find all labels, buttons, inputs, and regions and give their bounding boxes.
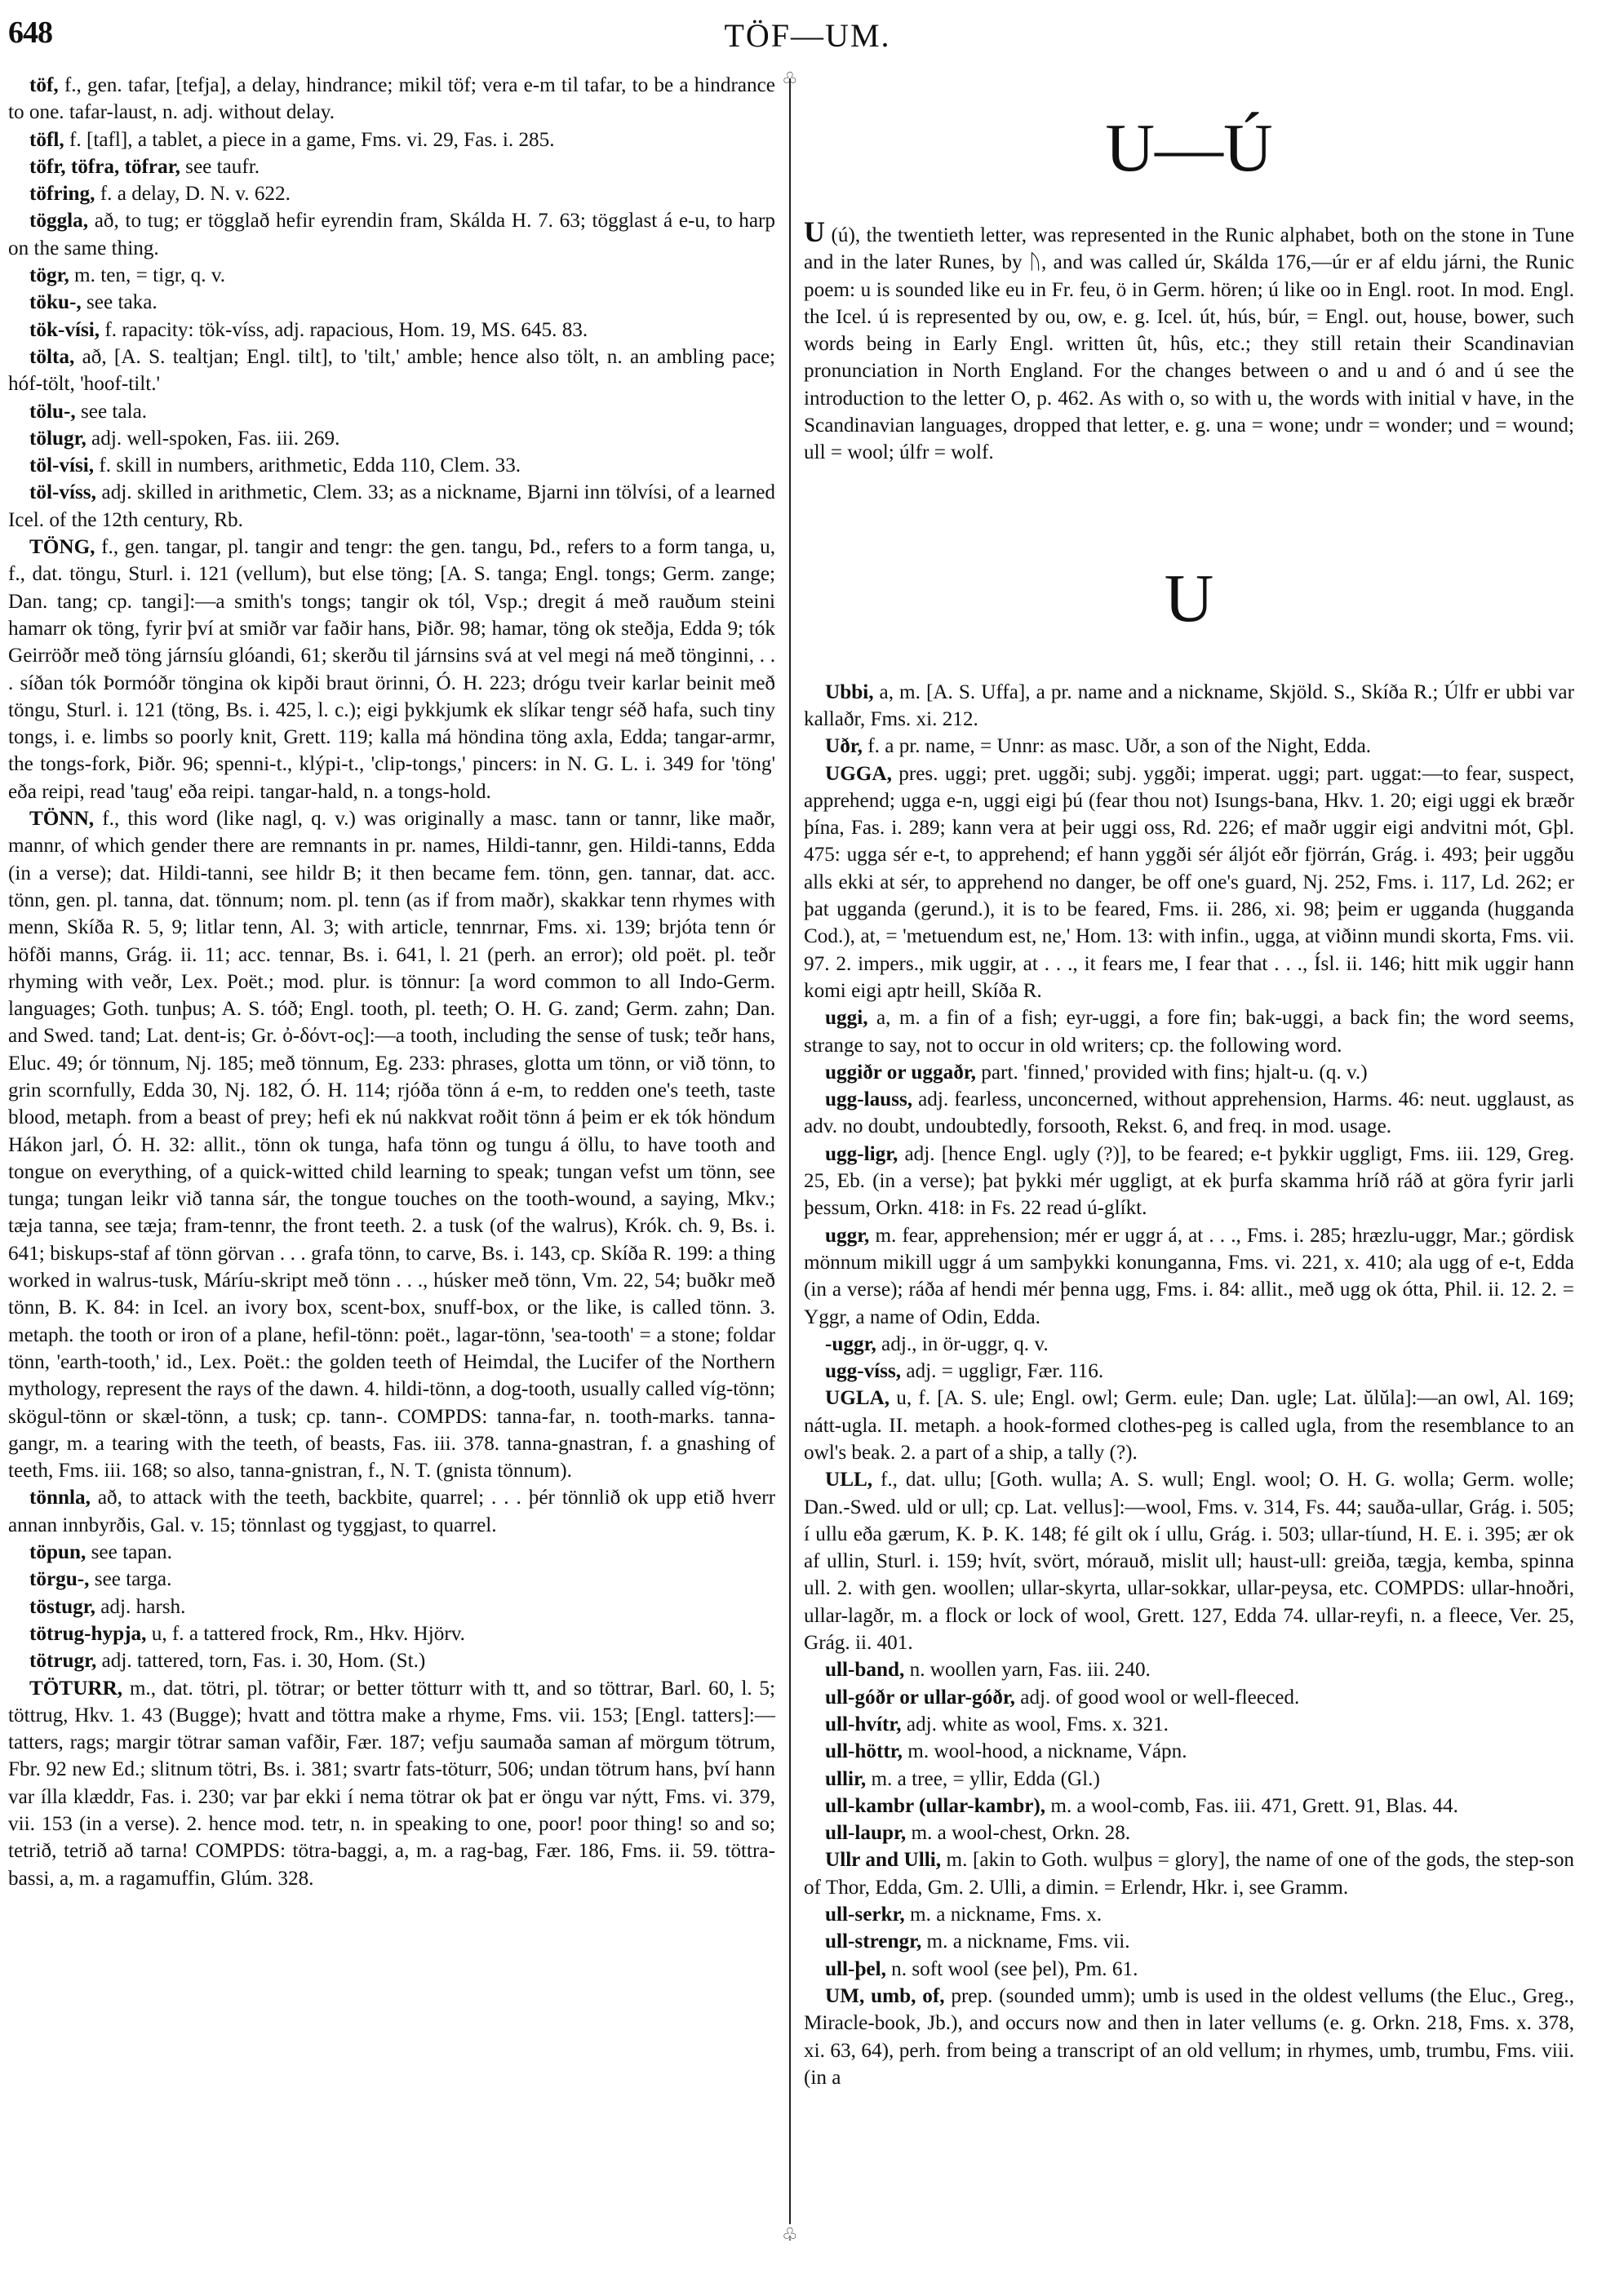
dictionary-entry: tölta, að, [A. S. tealtjan; Engl. tilt],…: [8, 344, 775, 398]
right-entries: Ubbi, a, m. [A. S. Uffa], a pr. name and…: [804, 679, 1574, 2091]
headword: tötrugr,: [29, 1650, 96, 1672]
entry-text: að, to attack with the teeth, backbite, …: [8, 1487, 775, 1536]
dictionary-entry: ull-strengr, m. a nickname, Fms. vii.: [804, 1928, 1574, 1955]
entry-text: adj. white as wool, Fms. x. 321.: [902, 1713, 1169, 1735]
headword: ull-höttr,: [825, 1740, 903, 1762]
dictionary-entry: töl-vísi, f. skill in numbers, arithmeti…: [8, 452, 775, 479]
dictionary-entry: uggiðr or uggaðr, part. 'finned,' provid…: [804, 1059, 1574, 1086]
dictionary-entry: ull-kambr (ullar-kambr), m. a wool-comb,…: [804, 1793, 1574, 1820]
headword: -uggr,: [825, 1333, 876, 1355]
entry-text: n. soft wool (see þel), Pm. 61.: [886, 1958, 1138, 1980]
dictionary-entry: uggi, a, m. a fin of a fish; eyr-uggi, a…: [804, 1004, 1574, 1059]
headword: ull-þel,: [825, 1958, 886, 1980]
headword: ull-serkr,: [825, 1904, 905, 1926]
ornament-bottom-icon: ♧: [782, 2224, 798, 2245]
entry-text: m. a wool-comb, Fas. iii. 471, Grett. 91…: [1045, 1795, 1458, 1817]
entry-text: adj. of good wool or well-fleeced.: [1015, 1687, 1299, 1709]
dictionary-entry: ullir, m. a tree, = yllir, Edda (Gl.): [804, 1766, 1574, 1793]
entry-text: m. ten, = tigr, q. v.: [69, 264, 225, 286]
dictionary-entry: ull-góðr or ullar-góðr, adj. of good woo…: [804, 1684, 1574, 1711]
headword: tölu-,: [29, 401, 76, 423]
dictionary-entry: töfr, töfra, töfrar, see taufr.: [8, 153, 775, 180]
column-divider: [789, 78, 791, 2224]
dictionary-entry: TÖNN, f., this word (like nagl, q. v.) w…: [8, 805, 775, 1484]
headword: töl-víss,: [29, 481, 96, 503]
headword: töl-vísi,: [29, 454, 94, 476]
headword: ugg-ligr,: [825, 1143, 898, 1165]
intro-text: (ú), the twentieth letter, was represent…: [804, 224, 1574, 463]
running-head: TÖF—UM.: [0, 16, 1615, 55]
entry-text: adj. well-spoken, Fas. iii. 269.: [87, 428, 340, 450]
headword: töf,: [29, 74, 59, 96]
dictionary-entry: ull-þel, n. soft wool (see þel), Pm. 61.: [804, 1956, 1574, 1983]
headword: ull-band,: [825, 1659, 904, 1681]
dictionary-entry: töstugr, adj. harsh.: [8, 1593, 775, 1620]
dictionary-entry: töfl, f. [tafl], a tablet, a piece in a …: [8, 126, 775, 153]
headword: Ubbi,: [825, 681, 874, 703]
entry-text: pres. uggi; pret. uggði; subj. yggði; im…: [804, 763, 1574, 1002]
headword: ugg-lauss,: [825, 1088, 912, 1110]
entry-text: m. a nickname, Fms. x.: [905, 1904, 1102, 1926]
entry-text: að, [A. S. tealtjan; Engl. tilt], to 'ti…: [8, 346, 775, 395]
entry-text: m. a nickname, Fms. vii.: [921, 1930, 1129, 1952]
headword: tönnla,: [29, 1487, 91, 1509]
headword: UGGA,: [825, 763, 892, 785]
headword: UM, umb, of,: [825, 1985, 945, 2007]
headword: töggla,: [29, 210, 88, 232]
headword: ull-strengr,: [825, 1930, 921, 1952]
subsection-title: U: [804, 565, 1574, 633]
dictionary-entry: uggr, m. fear, apprehension; mér er uggr…: [804, 1222, 1574, 1331]
headword: töfr, töfra, töfrar,: [29, 156, 180, 178]
letter-intro: U (ú), the twentieth letter, was represe…: [804, 219, 1574, 467]
headword: uggi,: [825, 1007, 868, 1029]
headword: tölta,: [29, 346, 74, 368]
entry-text: að, to tug; er tögglað hefir eyrendin fr…: [8, 210, 775, 259]
entry-text: see tala.: [76, 401, 147, 423]
dictionary-entry: tönnla, að, to attack with the teeth, ba…: [8, 1484, 775, 1539]
entry-text: m. a tree, = yllir, Edda (Gl.): [866, 1768, 1100, 1790]
dictionary-entry: ugg-víss, adj. = uggligr, Fær. 116.: [804, 1358, 1574, 1385]
dictionary-entry: töggla, að, to tug; er tögglað hefir eyr…: [8, 207, 775, 262]
entry-text: f. a pr. name, = Unnr: as masc. Uðr, a s…: [863, 735, 1371, 757]
headword: TÖNN,: [29, 808, 94, 830]
entry-text: see tapan.: [86, 1541, 172, 1563]
entry-text: adj., in ör-uggr, q. v.: [876, 1333, 1049, 1355]
dictionary-entry: UGLA, u, f. [A. S. ule; Engl. owl; Germ.…: [804, 1385, 1574, 1466]
entry-text: adj. harsh.: [95, 1596, 186, 1618]
dictionary-entry: tök-vísi, f. rapacity: tök-víss, adj. ra…: [8, 317, 775, 344]
headword: tötrug-hypja,: [29, 1623, 146, 1645]
headword: Uðr,: [825, 735, 863, 757]
headword: törgu-,: [29, 1568, 89, 1590]
dictionary-entry: ugg-ligr, adj. [hence Engl. ugly (?)], t…: [804, 1141, 1574, 1222]
entry-text: f., dat. ullu; [Goth. wulla; A. S. wull;…: [804, 1469, 1574, 1654]
entry-text: m. fear, apprehension; mér er uggr á, at…: [804, 1225, 1574, 1328]
entry-text: f. skill in numbers, arithmetic, Edda 11…: [94, 454, 521, 476]
entry-text: adj. skilled in arithmetic, Clem. 33; as…: [8, 481, 775, 530]
headword: töfring,: [29, 183, 95, 205]
headword: ugg-víss,: [825, 1360, 901, 1382]
entry-text: m., dat. tötri, pl. tötrar; or better tö…: [8, 1678, 775, 1890]
dictionary-entry: ugg-lauss, adj. fearless, unconcerned, w…: [804, 1086, 1574, 1141]
dictionary-entry: töku-, see taka.: [8, 289, 775, 316]
dictionary-entry: tölu-, see tala.: [8, 398, 775, 425]
entry-text: f. rapacity: tök-víss, adj. rapacious, H…: [100, 319, 588, 341]
dictionary-entry: tötrug-hypja, u, f. a tattered frock, Rm…: [8, 1620, 775, 1647]
dictionary-entry: ull-laupr, m. a wool-chest, Orkn. 28.: [804, 1820, 1574, 1846]
dictionary-entry: Ullr and Ulli, m. [akin to Goth. wulþus …: [804, 1846, 1574, 1901]
dictionary-entry: tötrugr, adj. tattered, torn, Fas. i. 30…: [8, 1647, 775, 1674]
dictionary-entry: Ubbi, a, m. [A. S. Uffa], a pr. name and…: [804, 679, 1574, 734]
entry-text: m. wool-hood, a nickname, Vápn.: [903, 1740, 1187, 1762]
entry-text: a, m. a fin of a fish; eyr-uggi, a fore …: [804, 1007, 1574, 1056]
headword: uggiðr or uggaðr,: [825, 1062, 976, 1084]
entry-text: f. a delay, D. N. v. 622.: [95, 183, 290, 205]
entry-text: adj. = uggligr, Fær. 116.: [901, 1360, 1103, 1382]
dictionary-entry: tögr, m. ten, = tigr, q. v.: [8, 262, 775, 289]
entry-text: part. 'finned,' provided with fins; hjal…: [976, 1062, 1368, 1084]
dictionary-entry: töpun, see tapan.: [8, 1539, 775, 1566]
dictionary-entry: törgu-, see targa.: [8, 1566, 775, 1593]
entry-text: u, f. a tattered frock, Rm., Hkv. Hjörv.: [146, 1623, 465, 1645]
dictionary-entry: Uðr, f. a pr. name, = Unnr: as masc. Uðr…: [804, 733, 1574, 760]
headword: ull-laupr,: [825, 1822, 906, 1844]
dictionary-entry: ull-serkr, m. a nickname, Fms. x.: [804, 1901, 1574, 1928]
entry-text: u, f. [A. S. ule; Engl. owl; Germ. eule;…: [804, 1387, 1574, 1464]
dictionary-entry: töl-víss, adj. skilled in arithmetic, Cl…: [8, 479, 775, 534]
left-column: töf, f., gen. tafar, [tefja], a delay, h…: [8, 72, 775, 1892]
headword: töpun,: [29, 1541, 86, 1563]
dictionary-entry: töf, f., gen. tafar, [tefja], a delay, h…: [8, 72, 775, 126]
dictionary-entry: ull-hvítr, adj. white as wool, Fms. x. 3…: [804, 1711, 1574, 1738]
ornament-top-icon: ♧: [782, 69, 798, 90]
dictionary-entry: ull-band, n. woollen yarn, Fas. iii. 240…: [804, 1656, 1574, 1683]
headword: UGLA,: [825, 1387, 890, 1409]
dictionary-entry: ULL, f., dat. ullu; [Goth. wulla; A. S. …: [804, 1466, 1574, 1656]
entry-text: f. [tafl], a tablet, a piece in a game, …: [64, 129, 555, 151]
headword: tögr,: [29, 264, 69, 286]
dictionary-entry: tölugr, adj. well-spoken, Fas. iii. 269.: [8, 425, 775, 452]
headword: TÖTURR,: [29, 1678, 122, 1700]
dictionary-entry: UGGA, pres. uggi; pret. uggði; subj. ygg…: [804, 760, 1574, 1005]
headword: ULL,: [825, 1469, 872, 1491]
headword: ull-góðr or ullar-góðr,: [825, 1687, 1015, 1709]
section-title: U—Ú: [804, 114, 1574, 183]
headword: tölugr,: [29, 428, 87, 450]
entry-text: adj. tattered, torn, Fas. i. 30, Hom. (S…: [96, 1650, 425, 1672]
entry-text: adj. [hence Engl. ugly (?)], to be feare…: [804, 1143, 1574, 1220]
right-column: U—Ú U (ú), the twentieth letter, was rep…: [804, 72, 1574, 2091]
headword: ull-kambr (ullar-kambr),: [825, 1795, 1045, 1817]
dictionary-entry: TÖNG, f., gen. tangar, pl. tangir and te…: [8, 534, 775, 805]
headword: TÖNG,: [29, 536, 95, 558]
headword: töstugr,: [29, 1596, 95, 1618]
entry-text: see taka.: [82, 291, 158, 313]
headword: töfl,: [29, 129, 64, 151]
headword: töku-,: [29, 291, 82, 313]
entry-text: see targa.: [89, 1568, 171, 1590]
dictionary-entry: -uggr, adj., in ör-uggr, q. v.: [804, 1331, 1574, 1358]
entry-text: a, m. [A. S. Uffa], a pr. name and a nic…: [804, 681, 1574, 730]
entry-text: n. woollen yarn, Fas. iii. 240.: [904, 1659, 1151, 1681]
entry-text: adj. fearless, unconcerned, without appr…: [804, 1088, 1574, 1137]
entry-text: f., gen. tangar, pl. tangir and tengr: t…: [8, 536, 775, 803]
headword: uggr,: [825, 1225, 869, 1247]
entry-text: see taufr.: [180, 156, 260, 178]
dictionary-entry: ull-höttr, m. wool-hood, a nickname, Váp…: [804, 1738, 1574, 1765]
entry-text: f., gen. tafar, [tefja], a delay, hindra…: [8, 74, 775, 123]
dictionary-entry: töfring, f. a delay, D. N. v. 622.: [8, 180, 775, 207]
drop-cap: U: [804, 215, 825, 248]
dictionary-entry: UM, umb, of, prep. (sounded umm); umb is…: [804, 1983, 1574, 2091]
headword: ull-hvítr,: [825, 1713, 902, 1735]
dictionary-entry: TÖTURR, m., dat. tötri, pl. tötrar; or b…: [8, 1675, 775, 1892]
headword: Ullr and Ulli,: [825, 1849, 941, 1871]
entry-text: f., this word (like nagl, q. v.) was ori…: [8, 808, 775, 1482]
headword: ullir,: [825, 1768, 866, 1790]
entry-text: m. a wool-chest, Orkn. 28.: [906, 1822, 1130, 1844]
headword: tök-vísi,: [29, 319, 100, 341]
